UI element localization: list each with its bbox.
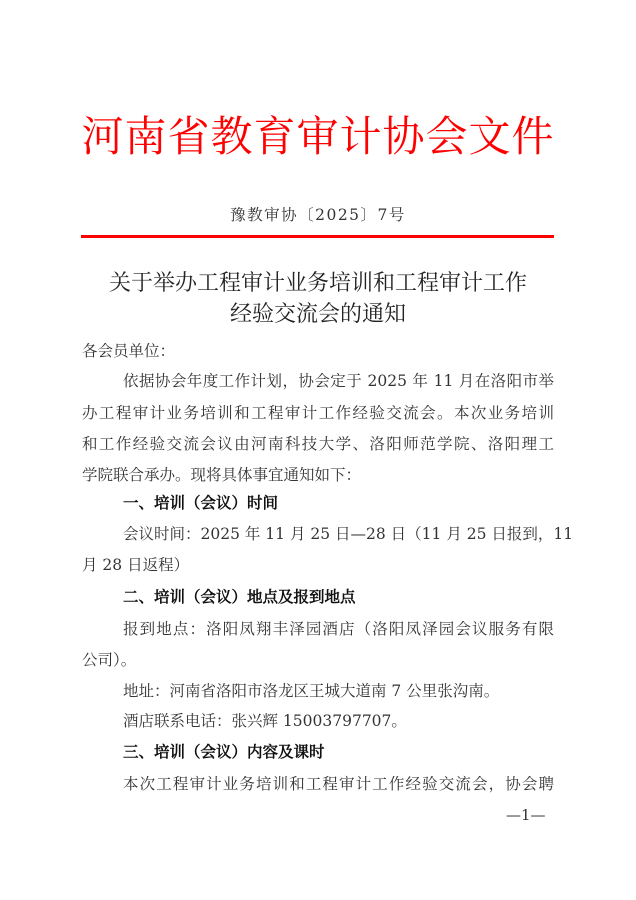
intro-line: 办工程审计业务培训和工程审计工作经验交流会。本次业务培训 [82, 398, 554, 429]
section-heading-content: 三、培训（会议）内容及课时 [123, 737, 325, 768]
intro-line: 和工作经验交流会议由河南科技大学、洛阳师范学院、洛阳理工 [82, 429, 554, 460]
page-number: —1— [506, 804, 546, 826]
document-header-title: 河南省教育审计协会文件 [0, 108, 636, 166]
subject-line-1: 关于举办工程审计业务培训和工程审计工作 [0, 268, 636, 299]
notice-subject: 关于举办工程审计业务培训和工程审计工作 经验交流会的通知 [0, 268, 636, 330]
section-line: 月 28 日返程） [82, 550, 189, 581]
section-line-address: 地址：河南省洛阳市洛龙区王城大道南 7 公里张沟南。 [123, 676, 499, 707]
intro-line: 依据协会年度工作计划，协会定于 2025 年 11 月在洛阳市举 [123, 366, 554, 397]
salutation: 各会员单位： [82, 336, 175, 367]
section-line: 本次工程审计业务培训和工程审计工作经验交流会，协会聘 [123, 769, 554, 800]
section-heading-time: 一、培训（会议）时间 [123, 488, 278, 519]
section-line-phone: 酒店联系电话：张兴辉 15003797707。 [123, 706, 407, 737]
subject-line-2: 经验交流会的通知 [0, 299, 636, 330]
section-heading-location: 二、培训（会议）地点及报到地点 [123, 582, 356, 613]
red-divider-line [81, 235, 554, 238]
document-page: 河南省教育审计协会文件 豫教审协〔2025〕7号 关于举办工程审计业务培训和工程… [0, 0, 636, 900]
section-line: 公司）。 [82, 645, 136, 676]
intro-line: 学院联合承办。现将具体事宜通知如下： [82, 460, 361, 491]
section-line: 会议时间：2025 年 11 月 25 日—28 日（11 月 25 日报到，1… [123, 519, 554, 550]
section-line: 报到地点：洛阳凤翔丰泽园酒店（洛阳凤泽园会议服务有限 [123, 614, 554, 645]
document-number: 豫教审协〔2025〕7号 [0, 203, 636, 227]
